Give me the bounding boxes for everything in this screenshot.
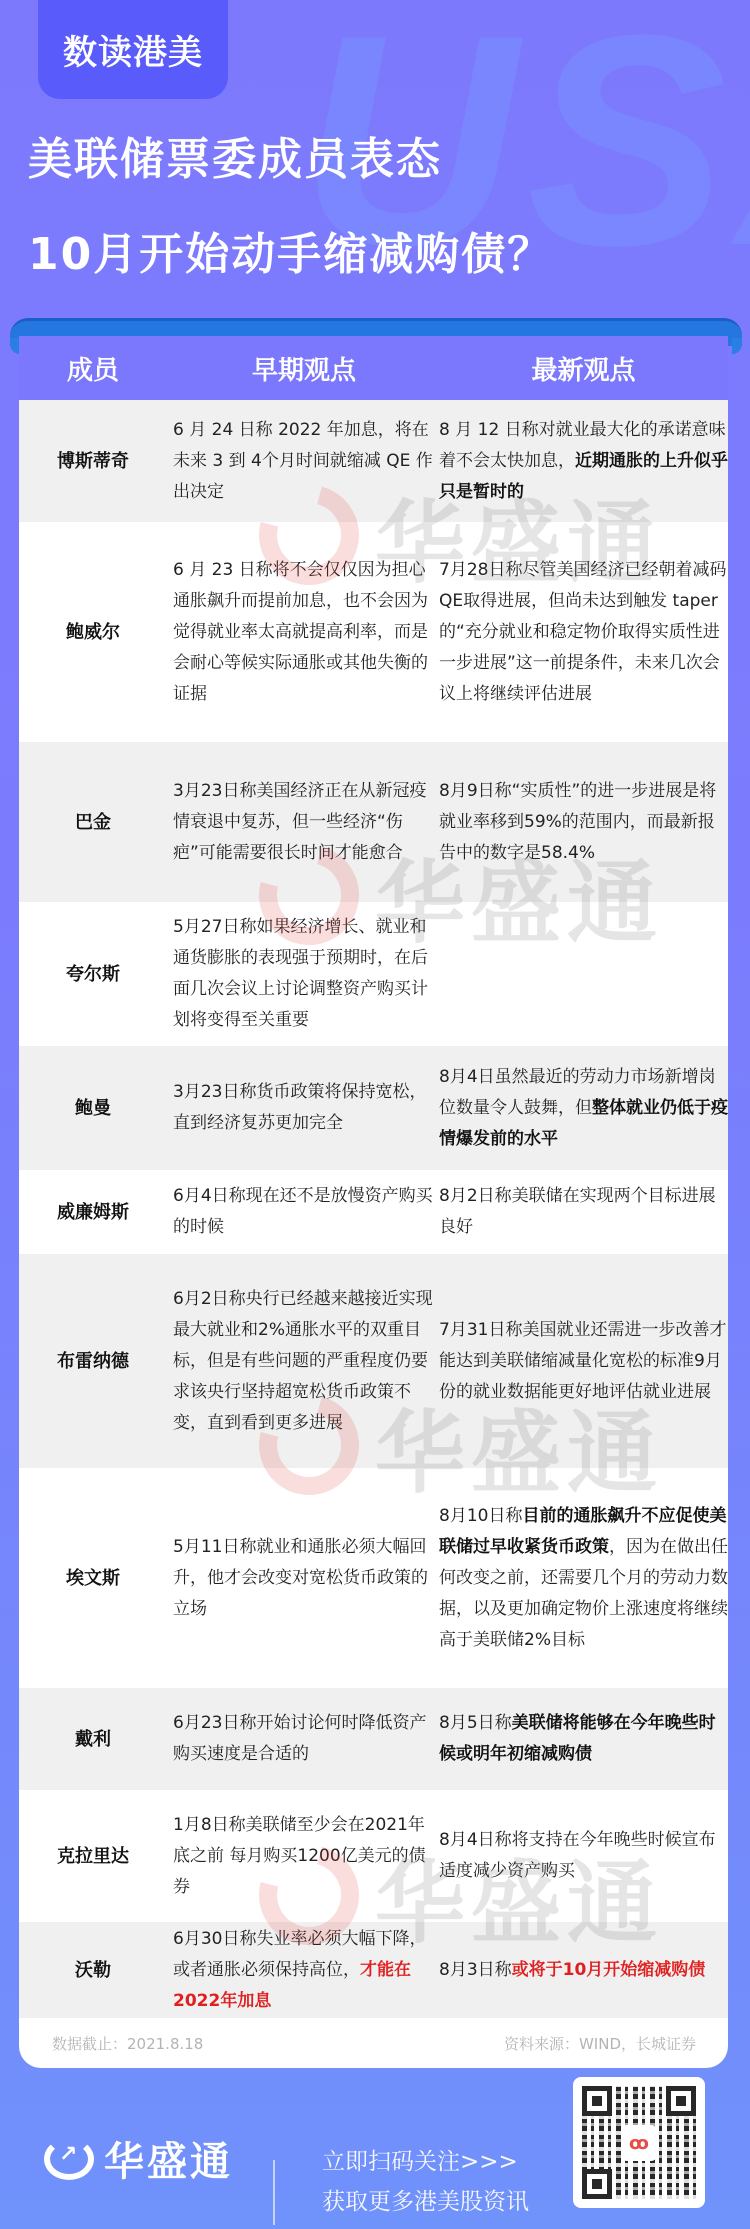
table-row: 威廉姆斯6月4日称现在还不是放慢资产购买的时候8月2日称美联储在实现两个目标进展…	[19, 1170, 728, 1254]
page-title-line1: 美联储票委成员表态	[28, 138, 442, 182]
early-view-cell: 6 月 23 日称将不会仅仅因为担心通胀飙升而提前加息，也不会因为觉得就业率太高…	[167, 551, 435, 714]
view-text: 7月28日称尽管美国经济已经朝着减码QE取得进展，但尚未达到触发 taper 的…	[439, 560, 726, 704]
early-view-cell: 6月4日称现在还不是放慢资产购买的时候	[167, 1177, 435, 1247]
table-row: 博斯蒂奇6 月 24 日称 2022 年加息，将在未来 3 到 4个月时间就缩减…	[19, 400, 728, 522]
footer-cta: 立即扫码关注>>> 获取更多港美股资讯	[322, 2142, 529, 2222]
table-row: 鲍曼3月23日称货币政策将保持宽松，直到经济复苏更加完全8月4日虽然最近的劳动力…	[19, 1046, 728, 1170]
table-body: 博斯蒂奇6 月 24 日称 2022 年加息，将在未来 3 到 4个月时间就缩减…	[19, 400, 728, 2018]
latest-view-cell: 8月2日称美联储在实现两个目标进展良好	[435, 1177, 728, 1247]
fed-members-table: 成员 早期观点 最新观点 博斯蒂奇6 月 24 日称 2022 年加息，将在未来…	[19, 336, 728, 2068]
view-text: 5月27日称如果经济增长、就业和通货膨胀的表现强于预期时，在后面几次会议上讨论调…	[173, 917, 428, 1030]
latest-view-cell: 8月9日称“实质性”的进一步进展是将就业率移到59%的范围内，而最新报告中的数字…	[435, 772, 728, 873]
footer: 华盛通 立即扫码关注>>> 获取更多港美股资讯 ꝏ	[0, 2068, 750, 2229]
cta-line2: 获取更多港美股资讯	[322, 2182, 529, 2222]
footer-divider	[273, 2160, 275, 2225]
huashengtong-logo-icon	[44, 2138, 94, 2180]
latest-view-cell: 8月4日称将支持在今年晚些时候宣布适度减少资产购买	[435, 1821, 728, 1891]
qr-finder-icon	[582, 2086, 612, 2116]
page-title-line2: 10月开始动手缩减购债？	[28, 233, 553, 277]
member-name: 克拉里达	[19, 1841, 167, 1872]
latest-view-cell: 7月31日称美国就业还需进一步改善才能达到美联储缩减量化宽松的标准9月份的就业数…	[435, 1311, 728, 1412]
view-text: 3月23日称货币政策将保持宽松，直到经济复苏更加完全	[173, 1082, 426, 1133]
early-view-cell: 6月23日称开始讨论何时降低资产购买速度是合适的	[167, 1704, 435, 1774]
early-view-cell: 6月30日称失业率必须大幅下降，或者通胀必须保持高位，才能在2022年加息	[167, 1920, 435, 2021]
member-name: 夸尔斯	[19, 959, 167, 990]
view-text: 5月11日称就业和通胀必须大幅回升，他才会改变对宽松货币政策的立场	[173, 1537, 428, 1619]
highlighted-text: 或将于10月开始缩减购债	[512, 1960, 706, 1980]
latest-view-cell: 8月5日称美联储将能够在今年晚些时候或明年初缩减购债	[435, 1704, 728, 1774]
view-text: 8月2日称美联储在实现两个目标进展良好	[439, 1186, 716, 1237]
early-view-cell: 3月23日称货币政策将保持宽松，直到经济复苏更加完全	[167, 1073, 435, 1143]
table-row: 戴利6月23日称开始讨论何时降低资产购买速度是合适的8月5日称美联储将能够在今年…	[19, 1688, 728, 1790]
early-view-cell: 5月27日称如果经济增长、就业和通货膨胀的表现强于预期时，在后面几次会议上讨论调…	[167, 908, 435, 1040]
table-row: 沃勒6月30日称失业率必须大幅下降，或者通胀必须保持高位，才能在2022年加息8…	[19, 1922, 728, 2018]
member-name: 巴金	[19, 807, 167, 838]
latest-view-cell: 8月4日虽然最近的劳动力市场新增岗位数量令人鼓舞，但整体就业仍低于疫情爆发前的水…	[435, 1058, 728, 1159]
table-row: 埃文斯5月11日称就业和通胀必须大幅回升，他才会改变对宽松货币政策的立场8月10…	[19, 1468, 728, 1688]
latest-view-cell	[435, 970, 728, 978]
table-row: 夸尔斯5月27日称如果经济增长、就业和通货膨胀的表现强于预期时，在后面几次会议上…	[19, 902, 728, 1046]
table-row: 鲍威尔6 月 23 日称将不会仅仅因为担心通胀飙升而提前加息，也不会因为觉得就业…	[19, 522, 728, 742]
early-view-cell: 5月11日称就业和通胀必须大幅回升，他才会改变对宽松货币政策的立场	[167, 1528, 435, 1629]
table-footnote: 数据截止：2021.8.18 资料来源：WIND，长城证券	[19, 2018, 728, 2068]
member-name: 埃文斯	[19, 1563, 167, 1594]
data-cutoff-note: 数据截止：2021.8.18	[52, 2033, 203, 2054]
view-text: 6 月 24 日称 2022 年加息，将在未来 3 到 4个月时间就缩减 QE …	[173, 420, 433, 502]
header-member: 成员	[19, 350, 167, 387]
member-name: 戴利	[19, 1724, 167, 1755]
member-name: 博斯蒂奇	[19, 446, 167, 477]
view-text: 8月4日称将支持在今年晚些时候宣布适度减少资产购买	[439, 1830, 716, 1881]
qr-code-pattern-icon: ꝏ	[582, 2086, 696, 2199]
header-early-view: 早期观点	[167, 350, 435, 387]
qr-center-logo-icon: ꝏ	[621, 2125, 657, 2161]
view-text: 6月2日称央行已经越来越接近实现最大就业和2%通胀水平的双重目标，但是有些问题的…	[173, 1289, 433, 1433]
latest-view-cell: 8月10日称目前的通胀飙升不应促使美联储过早收紧货币政策，因为在做出任何改变之前…	[435, 1497, 728, 1660]
member-name: 威廉姆斯	[19, 1197, 167, 1228]
qr-code[interactable]: ꝏ	[573, 2077, 705, 2208]
view-text: 8月3日称	[439, 1960, 512, 1980]
cta-line1: 立即扫码关注>>>	[322, 2142, 529, 2182]
view-text: 8月10日称	[439, 1506, 522, 1526]
brand-tab: 数读港美	[38, 0, 228, 99]
member-name: 鲍威尔	[19, 617, 167, 648]
view-text: 7月31日称美国就业还需进一步改善才能达到美联储缩减量化宽松的标准9月份的就业数…	[439, 1320, 726, 1402]
view-text: 6月4日称现在还不是放慢资产购买的时候	[173, 1186, 433, 1237]
data-source-note: 资料来源：WIND，长城证券	[504, 2033, 696, 2054]
table-row: 布雷纳德6月2日称央行已经越来越接近实现最大就业和2%通胀水平的双重目标，但是有…	[19, 1254, 728, 1468]
table-row: 巴金3月23日称美国经济正在从新冠疫情衰退中复苏，但一些经济“伤疤”可能需要很长…	[19, 742, 728, 902]
member-name: 布雷纳德	[19, 1346, 167, 1377]
header-latest-view: 最新观点	[435, 350, 728, 387]
latest-view-cell: 7月28日称尽管美国经济已经朝着减码QE取得进展，但尚未达到触发 taper 的…	[435, 551, 728, 714]
qr-finder-icon	[582, 2169, 612, 2199]
view-text: 6 月 23 日称将不会仅仅因为担心通胀飙升而提前加息，也不会因为觉得就业率太高…	[173, 560, 428, 704]
footer-logo: 华盛通	[44, 2130, 233, 2187]
table-header: 成员 早期观点 最新观点	[19, 336, 728, 400]
table-row: 克拉里达1月8日称美联储至少会在2021年底之前 每月购买1200亿美元的债券8…	[19, 1790, 728, 1922]
latest-view-cell: 8 月 12 日称对就业最大化的承诺意味着不会太快加息，近期通胀的上升似乎只是暂…	[435, 411, 728, 512]
view-text: 3月23日称美国经济正在从新冠疫情衰退中复苏，但一些经济“伤疤”可能需要很长时间…	[173, 781, 426, 863]
member-name: 沃勒	[19, 1955, 167, 1986]
early-view-cell: 6 月 24 日称 2022 年加息，将在未来 3 到 4个月时间就缩减 QE …	[167, 411, 435, 512]
view-text: 8月5日称	[439, 1713, 512, 1733]
qr-finder-icon	[666, 2086, 696, 2116]
early-view-cell: 1月8日称美联储至少会在2021年底之前 每月购买1200亿美元的债券	[167, 1806, 435, 1907]
view-text: 8月9日称“实质性”的进一步进展是将就业率移到59%的范围内，而最新报告中的数字…	[439, 781, 716, 863]
member-name: 鲍曼	[19, 1093, 167, 1124]
view-text: 6月23日称开始讨论何时降低资产购买速度是合适的	[173, 1713, 426, 1764]
early-view-cell: 6月2日称央行已经越来越接近实现最大就业和2%通胀水平的双重目标，但是有些问题的…	[167, 1280, 435, 1443]
view-text: 1月8日称美联储至少会在2021年底之前 每月购买1200亿美元的债券	[173, 1815, 426, 1897]
footer-logo-text: 华盛通	[104, 2130, 233, 2187]
early-view-cell: 3月23日称美国经济正在从新冠疫情衰退中复苏，但一些经济“伤疤”可能需要很长时间…	[167, 772, 435, 873]
latest-view-cell: 8月3日称或将于10月开始缩减购债	[435, 1951, 728, 1990]
